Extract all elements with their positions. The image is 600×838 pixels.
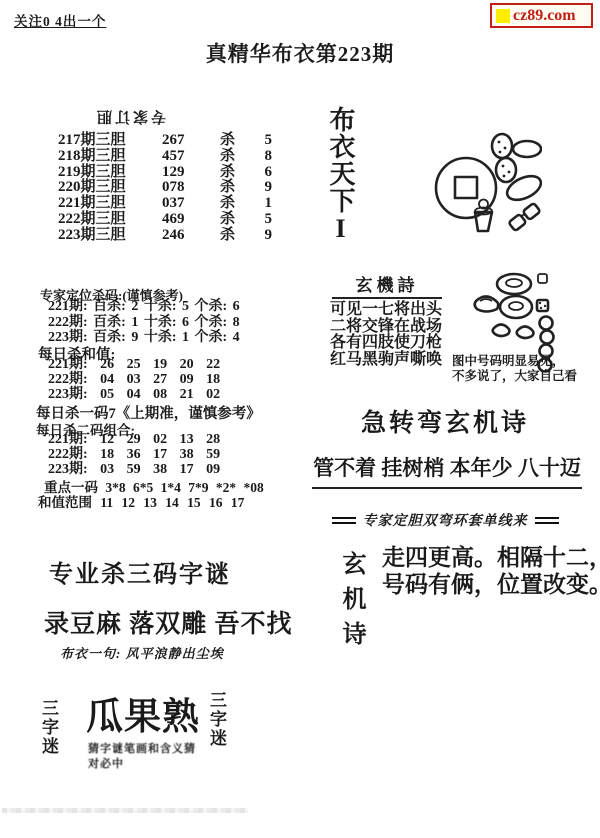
kill-word: 杀 — [220, 228, 235, 244]
daily-sum-kill-row: 221期: 26 25 19 20 22 — [48, 358, 220, 373]
coin-and-objects-drawing — [428, 124, 542, 242]
xuanji2-lines: 走四更高。相隔十二， 号码有俩，位置改变。 — [382, 544, 600, 598]
kill-number: 6 — [265, 165, 273, 181]
three-char-label-left: 三字迷 — [36, 699, 61, 761]
daily-sum-kill-row: 223期: 05 04 08 21 02 — [48, 388, 220, 403]
riddle-line: 录豆麻 落双雕 吾不找 — [44, 604, 304, 640]
double-dash-icon — [332, 517, 356, 524]
daily-two-kill-rows: 221期: 12 29 02 13 28 222期: 18 36 17 38 5… — [48, 432, 220, 477]
sharp-turn-line: 管不着 挂树梢 本年少 八十迈 — [312, 452, 582, 489]
drawing-caption-line: 不多说了，大家自己看 — [452, 369, 577, 384]
history-row: 220期三胆 078 杀9 — [58, 180, 273, 196]
xuanji2-line: 号码有俩，位置改变。 — [382, 571, 600, 598]
xuanji-poem-title: 玄機詩 — [332, 271, 442, 299]
kill-number: 8 — [265, 149, 273, 165]
history-row: 221期三胆 037 杀1 — [58, 196, 273, 212]
position-kill-row: 221期: 百杀: 2 十杀: 5 个杀: 6 — [48, 299, 240, 315]
three-dan: 469 — [162, 212, 220, 228]
kill-number: 5 — [265, 212, 273, 228]
history-header-upside-down: 专家订胆 — [60, 107, 200, 128]
daily-two-kill-row: 221期: 12 29 02 13 28 — [48, 432, 220, 447]
badge-square-icon — [496, 9, 510, 23]
three-dan: 129 — [162, 165, 220, 181]
three-char-note: 猜字谜笔画和含义猜 对必中 — [88, 742, 196, 772]
kill-word: 杀 — [220, 212, 235, 228]
drawing-caption: 图中号码明显易见， 不多说了，大家自己看 — [452, 354, 577, 384]
kill-number: 9 — [265, 180, 273, 196]
kill-number: 5 — [265, 133, 273, 149]
kill-word: 杀 — [220, 180, 235, 196]
daily-sum-kill-row: 222期: 04 03 27 09 18 — [48, 373, 220, 388]
focus-note: 关注0 4出一个 — [14, 10, 106, 30]
kill-number: 1 — [265, 196, 273, 212]
three-char-note-line: 对必中 — [88, 757, 196, 772]
xuanji2-vertical-label: 玄机诗 — [334, 551, 369, 661]
daily-sum-kill-rows: 221期: 26 25 19 20 22 222期: 04 03 27 09 1… — [48, 358, 220, 403]
sum-range: 和值范围 11 12 13 14 15 16 17 — [38, 491, 244, 511]
xuanji-poem-line: 各有四肢使刀枪 — [330, 335, 444, 352]
double-dash-icon — [535, 517, 559, 524]
kill-word: 杀 — [220, 133, 235, 149]
draw-label: 222期三胆 — [58, 212, 162, 228]
buyi-sentence: 布衣一句: 风平浪静出尘埃 — [60, 643, 224, 662]
xuanji-poem-line: 可见一七将出头 — [330, 302, 444, 319]
position-kill-row: 222期: 百杀: 1 十杀: 6 个杀: 8 — [48, 315, 240, 331]
draw-label: 217期三胆 — [58, 133, 162, 149]
xuanji-poem-line: 红马黑驹声嘶唤 — [330, 352, 444, 369]
three-char-label-right: 三字迷 — [204, 691, 229, 753]
page-title: 真精华布衣第223期 — [0, 38, 600, 68]
three-dan: 267 — [162, 133, 220, 149]
sharp-turn-title: 急转弯玄机诗 — [300, 403, 590, 439]
draw-label: 221期三胆 — [58, 196, 162, 212]
three-dan: 078 — [162, 180, 220, 196]
history-table: 217期三胆 267 杀5 218期三胆 457 杀8 219期三胆 129 杀… — [58, 133, 273, 244]
dingdan-header-text: 专家定胆双弯环套单线来 — [363, 510, 528, 530]
position-kill-rows: 221期: 百杀: 2 十杀: 5 个杀: 6 222期: 百杀: 1 十杀: … — [48, 299, 240, 346]
history-row: 223期三胆 246 杀9 — [58, 228, 273, 244]
three-dan: 037 — [162, 196, 220, 212]
site-badge[interactable]: cz89.com — [490, 3, 593, 28]
draw-label: 220期三胆 — [58, 180, 162, 196]
dingdan-header: 专家定胆双弯环套单线来 — [318, 510, 572, 530]
xuanji-poem-line: 二将交锋在战场 — [330, 319, 444, 336]
daily-two-kill-row: 223期: 03 59 38 17 09 — [48, 462, 220, 477]
three-char-answer: 瓜果熟 — [86, 686, 200, 740]
draw-label: 223期三胆 — [58, 228, 162, 244]
history-row: 218期三胆 457 杀8 — [58, 149, 273, 165]
kill-number: 9 — [265, 228, 273, 244]
three-char-note-line: 猜字谜笔画和含义猜 — [88, 742, 196, 757]
history-row: 217期三胆 267 杀5 — [58, 133, 273, 149]
xuanji-poem: 玄機詩 可见一七将出头 二将交锋在战场 各有四肢使刀枪 红马黑驹声嘶唤 — [330, 271, 444, 368]
riddle-title: 专业杀三码字谜 — [30, 554, 250, 589]
kill-word: 杀 — [220, 149, 235, 165]
buyi-tianxia-vertical-title: 布衣天下I — [322, 106, 359, 246]
draw-label: 218期三胆 — [58, 149, 162, 165]
daily-two-kill-row: 222期: 18 36 17 38 59 — [48, 447, 220, 462]
buyi-sheet: 关注0 4出一个 cz89.com 真精华布衣第223期 专家订胆 217期三胆… — [0, 0, 600, 838]
history-row: 222期三胆 469 杀5 — [58, 212, 273, 228]
xuanji2-line: 走四更高。相隔十二， — [382, 544, 600, 571]
scan-noise-line — [2, 808, 248, 813]
kill-word: 杀 — [220, 196, 235, 212]
drawing-caption-line: 图中号码明显易见， — [452, 354, 577, 369]
three-dan: 246 — [162, 228, 220, 244]
three-dan: 457 — [162, 149, 220, 165]
site-badge-text: cz89.com — [513, 7, 576, 25]
